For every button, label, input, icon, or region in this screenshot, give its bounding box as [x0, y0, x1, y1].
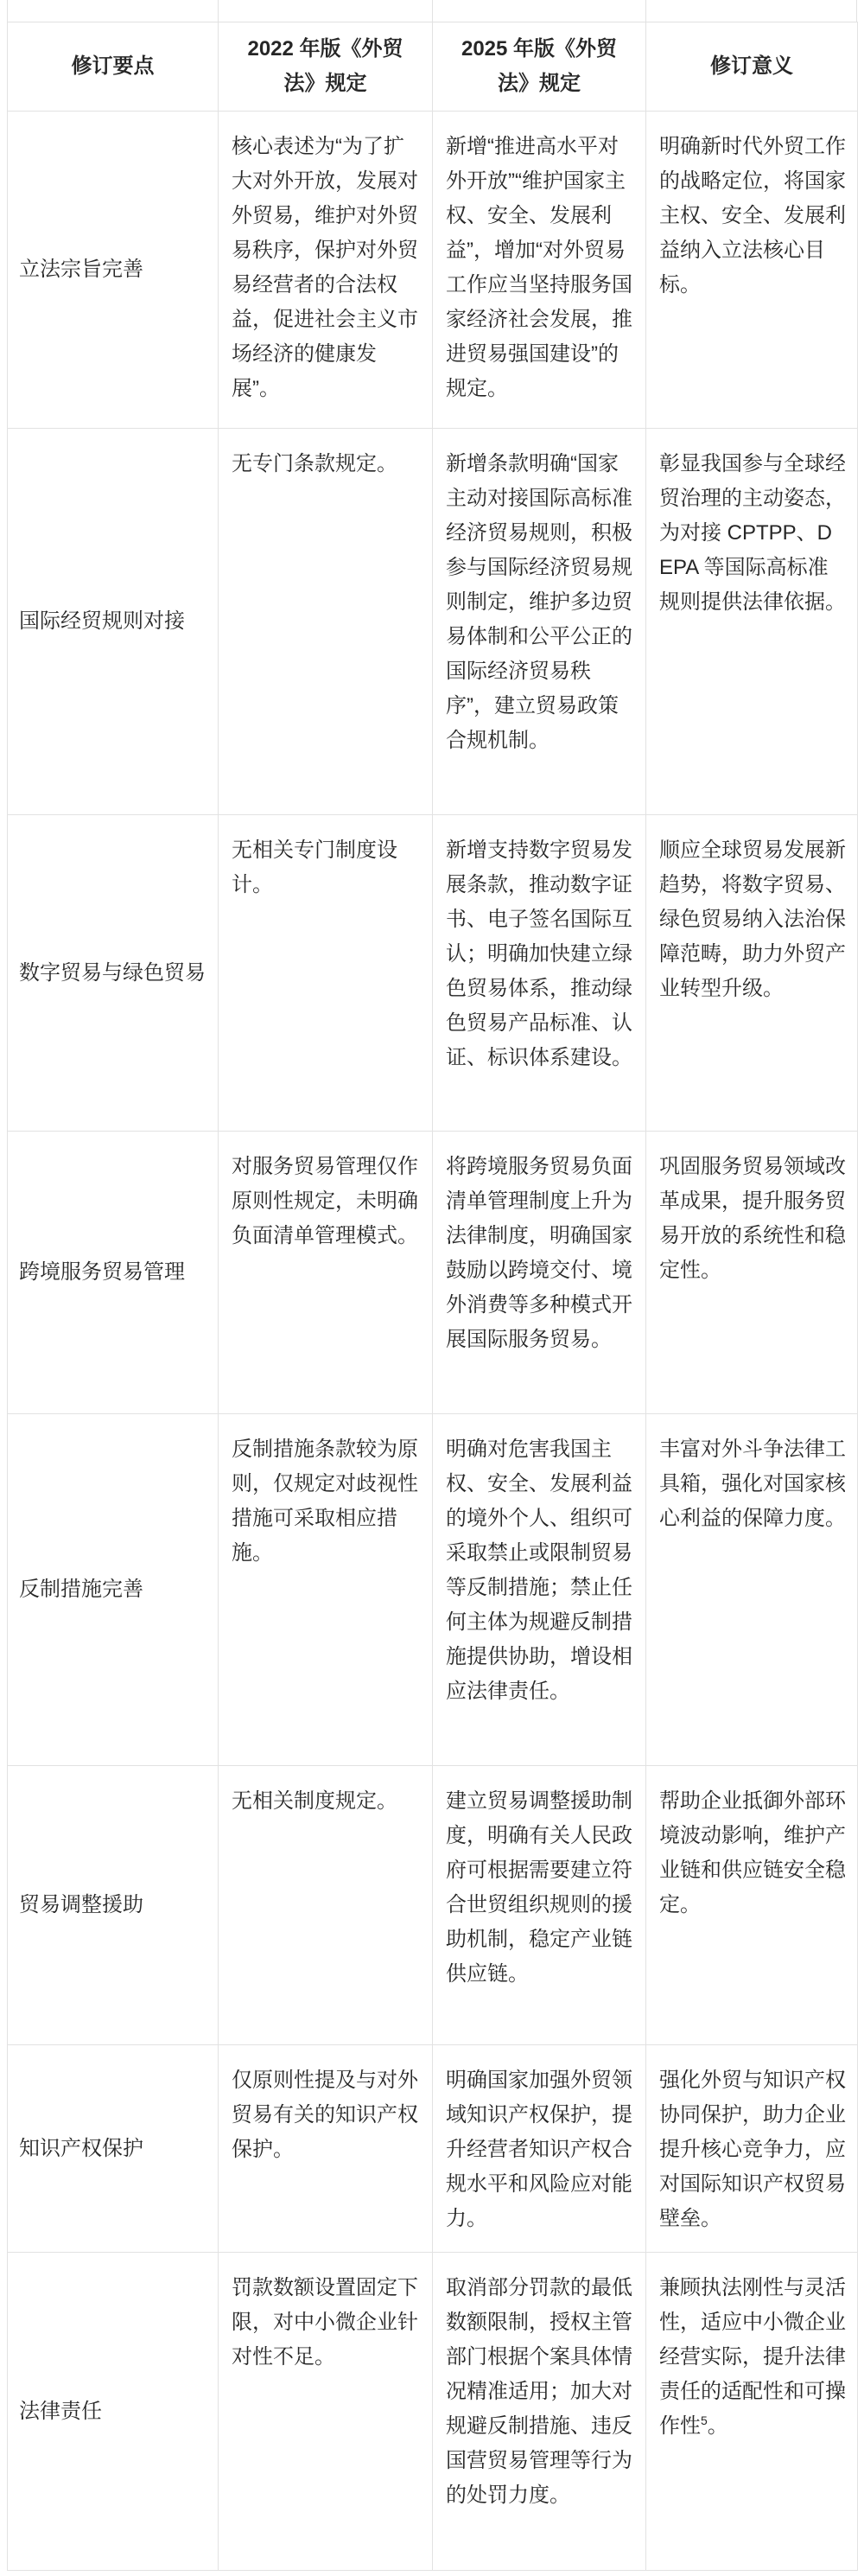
- significance-text: 明确新时代外贸工作的战略定位，将国家主权、安全、发展利益纳入立法核心目标。: [659, 135, 846, 296]
- table-row-intl-rules-alignment: 国际经贸规则对接 无专门条款规定。 新增条款明确“国家主动对接国际高标准经济贸易…: [8, 429, 858, 815]
- cell-significance: 强化外贸与知识产权协同保护，助力企业提升核心竞争力，应对国际知识产权贸易壁垒。: [646, 2045, 858, 2253]
- gridline-stub: [856, 0, 857, 22]
- cell-revision-point: 反制措施完善: [8, 1414, 219, 1766]
- table-row-digital-green-trade: 数字贸易与绿色贸易 无相关专门制度设计。 新增支持数字贸易发展条款，推动数字证书…: [8, 815, 858, 1132]
- cell-revision-point: 知识产权保护: [8, 2045, 219, 2253]
- cell-revision-point: 贸易调整援助: [8, 1766, 219, 2045]
- cell-2022-provision: 无相关制度规定。: [219, 1766, 433, 2045]
- column-header-2025-provision: 2025 年版《外贸法》规定: [433, 22, 646, 112]
- footnote-ref: 5: [701, 2413, 708, 2427]
- cell-2022-provision: 罚款数额设置固定下限，对中小微企业针对性不足。: [219, 2253, 433, 2571]
- significance-text: 强化外贸与知识产权协同保护，助力企业提升核心竞争力，应对国际知识产权贸易壁垒。: [659, 2069, 846, 2230]
- cell-significance: 丰富对外斗争法律工具箱，强化对国家核心利益的保障力度。: [646, 1414, 858, 1766]
- cell-significance: 明确新时代外贸工作的战略定位，将国家主权、安全、发展利益纳入立法核心目标。: [646, 112, 858, 429]
- cell-2025-provision: 建立贸易调整援助制度，明确有关人民政府可根据需要建立符合世贸组织规则的援助机制，…: [433, 1766, 646, 2045]
- table-row-legislative-purpose: 立法宗旨完善 核心表述为“为了扩大对外开放，发展对外贸易，维护对外贸易秩序，保护…: [8, 112, 858, 429]
- cell-revision-point: 国际经贸规则对接: [8, 429, 219, 815]
- gridline-stub: [7, 0, 8, 22]
- header-row: 修订要点 2022 年版《外贸法》规定 2025 年版《外贸法》规定 修订意义: [8, 22, 858, 112]
- cell-2022-provision: 反制措施条款较为原则，仅规定对歧视性措施可采取相应措施。: [219, 1414, 433, 1766]
- table-row-legal-liability: 法律责任 罚款数额设置固定下限，对中小微企业针对性不足。 取消部分罚款的最低数额…: [8, 2253, 858, 2571]
- cell-revision-point: 法律责任: [8, 2253, 219, 2571]
- significance-text: 巩固服务贸易领域改革成果，提升服务贸易开放的系统性和稳定性。: [659, 1155, 846, 1282]
- cell-revision-point: 立法宗旨完善: [8, 112, 219, 429]
- cell-2022-provision: 对服务贸易管理仅作原则性规定，未明确负面清单管理模式。: [219, 1132, 433, 1414]
- cell-2022-provision: 无专门条款规定。: [219, 429, 433, 815]
- table-row-cross-border-services: 跨境服务贸易管理 对服务贸易管理仅作原则性规定，未明确负面清单管理模式。 将跨境…: [8, 1132, 858, 1414]
- cell-2022-provision: 仅原则性提及与对外贸易有关的知识产权保护。: [219, 2045, 433, 2253]
- cell-significance: 兼顾执法刚性与灵活性，适应中小微企业经营实际，提升法律责任的适配性和可操作性5。: [646, 2253, 858, 2571]
- column-header-2022-provision: 2022 年版《外贸法》规定: [219, 22, 433, 112]
- cell-significance: 顺应全球贸易发展新趋势，将数字贸易、绿色贸易纳入法治保障范畴，助力外贸产业转型升…: [646, 815, 858, 1132]
- cell-2025-provision: 新增支持数字贸易发展条款，推动数字证书、电子签名国际互认；明确加快建立绿色贸易体…: [433, 815, 646, 1132]
- cell-2025-provision: 新增“推进高水平对外开放”“维护国家主权、安全、发展利益”，增加“对外贸易工作应…: [433, 112, 646, 429]
- cell-2025-provision: 取消部分罚款的最低数额限制，授权主管部门根据个案具体情况精准适用；加大对规避反制…: [433, 2253, 646, 2571]
- cell-significance: 帮助企业抵御外部环境波动影响，维护产业链和供应链安全稳定。: [646, 1766, 858, 2045]
- cell-2025-provision: 新增条款明确“国家主动对接国际高标准经济贸易规则，积极参与国际经济贸易规则制定，…: [433, 429, 646, 815]
- cell-revision-point: 跨境服务贸易管理: [8, 1132, 219, 1414]
- cell-significance: 彰显我国参与全球经贸治理的主动姿态，为对接 CPTPP、DEPA 等国际高标准规…: [646, 429, 858, 815]
- page: { "colors": { "background": "#ffffff", "…: [0, 0, 864, 2576]
- cell-2025-provision: 明确对危害我国主权、安全、发展利益的境外个人、组织可采取禁止或限制贸易等反制措施…: [433, 1414, 646, 1766]
- significance-text: 丰富对外斗争法律工具箱，强化对国家核心利益的保障力度。: [659, 1438, 846, 1530]
- significance-text: 兼顾执法刚性与灵活性，适应中小微企业经营实际，提升法律责任的适配性和可操作性: [659, 2276, 846, 2438]
- significance-text: 帮助企业抵御外部环境波动影响，维护产业链和供应链安全稳定。: [659, 1789, 846, 1916]
- cell-2022-provision: 无相关专门制度设计。: [219, 815, 433, 1132]
- significance-tail: 。: [708, 2414, 728, 2438]
- column-header-significance: 修订意义: [646, 22, 858, 112]
- gridline-stub: [218, 0, 219, 22]
- column-header-revision-point: 修订要点: [8, 22, 219, 112]
- cell-2025-provision: 将跨境服务贸易负面清单管理制度上升为法律制度，明确国家鼓励以跨境交付、境外消费等…: [433, 1132, 646, 1414]
- gridline-stub: [645, 0, 646, 22]
- significance-text: 顺应全球贸易发展新趋势，将数字贸易、绿色贸易纳入法治保障范畴，助力外贸产业转型升…: [659, 838, 846, 1000]
- cell-significance: 巩固服务贸易领域改革成果，提升服务贸易开放的系统性和稳定性。: [646, 1132, 858, 1414]
- foreign-trade-law-comparison-table: 修订要点 2022 年版《外贸法》规定 2025 年版《外贸法》规定 修订意义 …: [7, 22, 858, 2571]
- cell-revision-point: 数字贸易与绿色贸易: [8, 815, 219, 1132]
- gridline-stub: [432, 0, 433, 22]
- cell-2022-provision: 核心表述为“为了扩大对外开放，发展对外贸易，维护对外贸易秩序，保护对外贸易经营者…: [219, 112, 433, 429]
- table-row-countermeasures: 反制措施完善 反制措施条款较为原则，仅规定对歧视性措施可采取相应措施。 明确对危…: [8, 1414, 858, 1766]
- cell-2025-provision: 明确国家加强外贸领域知识产权保护，提升经营者知识产权合规水平和风险应对能力。: [433, 2045, 646, 2253]
- table-row-trade-adjustment-assistance: 贸易调整援助 无相关制度规定。 建立贸易调整援助制度，明确有关人民政府可根据需要…: [8, 1766, 858, 2045]
- significance-text: 彰显我国参与全球经贸治理的主动姿态，为对接 CPTPP、DEPA 等国际高标准规…: [659, 452, 846, 614]
- table-row-ip-protection: 知识产权保护 仅原则性提及与对外贸易有关的知识产权保护。 明确国家加强外贸领域知…: [8, 2045, 858, 2253]
- cropped-gridline-stubs: [0, 0, 864, 22]
